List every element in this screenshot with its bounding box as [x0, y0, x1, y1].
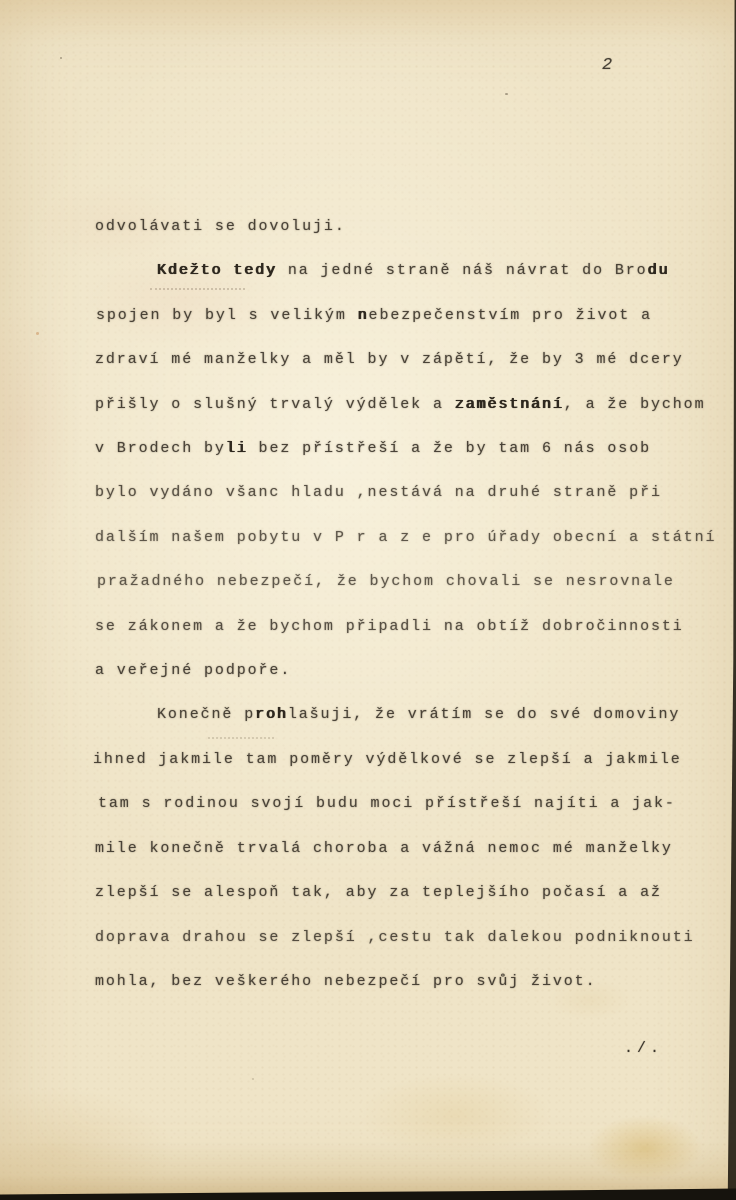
- paper-speck: [505, 93, 508, 95]
- typed-line: mile konečně trvalá choroba a vážná nemo…: [95, 827, 735, 871]
- typed-line: doprava drahou se zlepší ,cestu tak dale…: [95, 916, 735, 960]
- typed-line: v Brodech byli bez přístřeší a že by tam…: [95, 427, 735, 471]
- typed-line: spojen by byl s velikým nebezpečenstvím …: [96, 294, 736, 338]
- typed-text: doprava drahou se zlepší ,cestu tak dale…: [95, 929, 695, 946]
- typed-text: se zákonem a že bychom připadli na obtíž…: [95, 618, 684, 635]
- typed-line: zdraví mé manželky a měl by v zápětí, že…: [95, 338, 735, 382]
- typed-line: zlepší se alespoň tak, aby za teplejšího…: [95, 871, 735, 915]
- typed-text: odvolávati se dovoluji.: [95, 218, 346, 235]
- overstruck-text: Kdežto tedy: [157, 262, 277, 279]
- typed-text: , a že bychom: [564, 396, 706, 413]
- overstruck-text: du: [648, 262, 670, 279]
- paper-speck: [60, 57, 62, 59]
- typed-line: a veřejné podpoře.: [95, 649, 735, 693]
- typed-text: ihned jakmile tam poměry výdělkové se zl…: [93, 751, 682, 768]
- typed-text: bylo vydáno všanc hladu ,nestává na druh…: [95, 484, 662, 501]
- typed-line: bylo vydáno všanc hladu ,nestává na druh…: [95, 471, 735, 515]
- typed-line: pražadného nebezpečí, že bychom chovali …: [97, 560, 736, 604]
- overstruck-text: li: [226, 440, 248, 457]
- overstruck-text: roh: [255, 706, 288, 723]
- typed-line: se zákonem a že bychom připadli na obtíž…: [95, 605, 735, 649]
- overstruck-text: n: [358, 307, 369, 324]
- typed-text: a veřejné podpoře.: [95, 662, 291, 679]
- typed-text-body: odvolávati se dovoluji.Kdežto tedy na je…: [95, 205, 735, 1004]
- typed-text: dalším našem pobytu v P r a z e pro úřad…: [95, 529, 716, 546]
- ink-smudge: [208, 737, 274, 739]
- typed-line: mohla, bez veškerého nebezpečí pro svůj …: [95, 960, 735, 1004]
- paper-speck: [252, 1078, 254, 1080]
- typed-line: tam s rodinou svojí budu moci přístřeší …: [98, 782, 736, 826]
- typed-line: Konečně prohlašuji, že vrátím se do své …: [95, 693, 735, 737]
- typed-text: mile konečně trvalá choroba a vážná nemo…: [95, 840, 673, 857]
- typed-text: bez přístřeší a že by tam 6 nás osob: [248, 440, 651, 457]
- typed-text: tam s rodinou svojí budu moci přístřeší …: [98, 795, 676, 812]
- typed-text: přišly o slušný trvalý výdělek a: [95, 396, 455, 413]
- typed-text: mohla, bez veškerého nebezpečí pro svůj …: [95, 973, 596, 990]
- typed-text: zlepší se alespoň tak, aby za teplejšího…: [95, 884, 662, 901]
- typed-text: v Brodech by: [95, 440, 226, 457]
- paper-speck: [36, 332, 39, 335]
- typed-line: přišly o slušný trvalý výdělek a zaměstn…: [95, 383, 735, 427]
- typed-text: ebezpečenstvím pro život a: [369, 307, 652, 324]
- typed-line: ihned jakmile tam poměry výdělkové se zl…: [93, 738, 733, 782]
- continuation-mark: ./.: [624, 1040, 663, 1057]
- scanned-paper-sheet: 2 odvolávati se dovoluji.Kdežto tedy na …: [0, 0, 736, 1196]
- typed-line: odvolávati se dovoluji.: [95, 205, 735, 249]
- typed-text: Konečně p: [157, 706, 255, 723]
- typed-text: spojen by byl s velikým: [96, 307, 358, 324]
- typed-text: zdraví mé manželky a měl by v zápětí, že…: [95, 351, 684, 368]
- page-number: 2: [602, 56, 614, 75]
- ink-smudge: [150, 288, 245, 290]
- typed-text: pražadného nebezpečí, že bychom chovali …: [97, 573, 675, 590]
- typed-text: lašuji, že vrátím se do své domoviny: [288, 706, 680, 723]
- typed-text: na jedné straně náš návrat do Bro: [277, 262, 648, 279]
- overstruck-text: zaměstnání: [455, 396, 564, 413]
- typed-line: dalším našem pobytu v P r a z e pro úřad…: [95, 516, 735, 560]
